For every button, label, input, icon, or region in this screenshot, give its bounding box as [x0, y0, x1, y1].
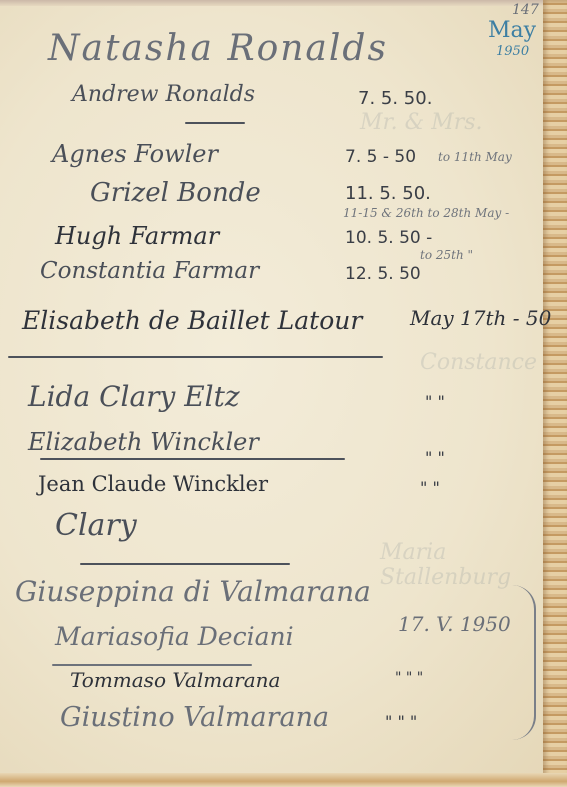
visit-date: " ": [420, 478, 440, 497]
signature: Constantia Farmar: [40, 258, 259, 284]
bleed-through-text: Constance: [420, 350, 537, 375]
visit-date: 10. 5. 50 -: [345, 228, 432, 248]
date-note: 11-15 & 26th to 28th May -: [343, 206, 509, 220]
underline: [185, 122, 245, 124]
page-binding-edge: [543, 0, 567, 787]
date-note: to 11th May: [438, 150, 512, 164]
signature: Tommaso Valmarana: [70, 668, 280, 692]
visit-date: 12. 5. 50: [345, 264, 421, 284]
header-month: May: [488, 18, 536, 43]
header-year: 1950: [496, 44, 529, 59]
underline: [52, 664, 252, 666]
guestbook-page: Mr. & Mrs. Constance Maria Stallenburg 1…: [0, 0, 567, 787]
visit-date: " " ": [385, 712, 417, 731]
signature: Mariasofia Deciani: [55, 622, 294, 651]
bleed-through-text: Maria Stallenburg: [380, 540, 567, 590]
visit-date: 17. V. 1950: [398, 612, 511, 636]
signature: Lida Clary Eltz: [28, 380, 240, 413]
signature: Grizel Bonde: [90, 178, 261, 208]
visit-date: " " ": [395, 670, 423, 686]
signature: Natasha Ronalds: [48, 28, 388, 69]
page-number: 147: [512, 2, 539, 18]
visit-date: 11. 5. 50.: [345, 183, 431, 204]
date-note: to 25th ": [420, 248, 473, 262]
underline: [8, 356, 383, 358]
bleed-through-text: Mr. & Mrs.: [360, 110, 483, 135]
signature: Hugh Farmar: [55, 222, 219, 250]
visit-date: 7. 5. 50.: [358, 88, 432, 109]
signature: Jean Claude Winckler: [38, 472, 268, 496]
grouping-bracket: [512, 585, 536, 740]
signature: Giustino Valmarana: [60, 702, 329, 733]
page-top-edge: [0, 0, 567, 6]
underline: [80, 563, 290, 565]
visit-date: 7. 5 - 50: [345, 147, 416, 167]
signature: Elisabeth de Baillet Latour: [22, 306, 362, 335]
signature: Giuseppina di Valmarana: [15, 575, 371, 608]
signature: Agnes Fowler: [52, 140, 218, 168]
signature: Clary: [55, 508, 137, 543]
signature: Elizabeth Winckler: [28, 428, 259, 456]
signature: Andrew Ronalds: [72, 82, 255, 107]
underline: [40, 458, 345, 460]
visit-date: May 17th - 50: [410, 306, 551, 330]
page-bottom-edge: [0, 773, 567, 787]
visit-date: " ": [425, 448, 445, 467]
visit-date: " ": [425, 392, 445, 411]
